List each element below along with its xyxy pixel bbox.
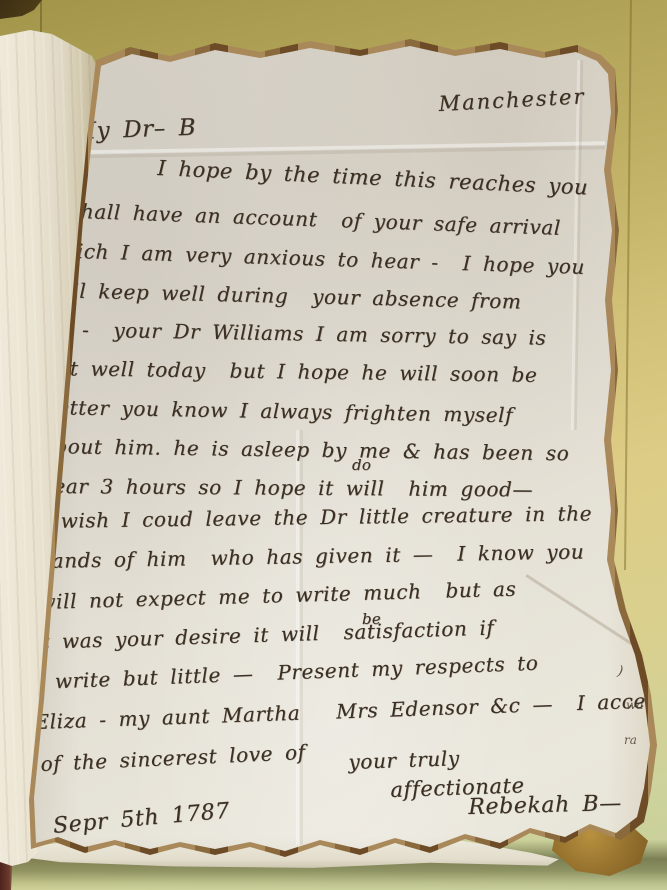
inserted-word: do (352, 456, 371, 474)
letter-photo: Manchester My Dr– B I hope by the time t… (0, 0, 667, 890)
ink-offset-mark: ra (624, 733, 637, 747)
salutation: My Dr– B (72, 115, 197, 145)
signature: Rebekah B— (468, 791, 622, 820)
closing-line: your truly (348, 746, 460, 774)
ink-offset-mark: wa (626, 698, 643, 712)
inserted-word: be (362, 610, 381, 628)
letter-burnt-edge: Manchester My Dr– B I hope by the time t… (0, 0, 667, 890)
letter-page: Manchester My Dr– B I hope by the time t… (0, 0, 667, 890)
backdrop-fold-line (40, 0, 42, 36)
handwritten-line: near 3 hours so I hope it will him good— (40, 474, 533, 501)
